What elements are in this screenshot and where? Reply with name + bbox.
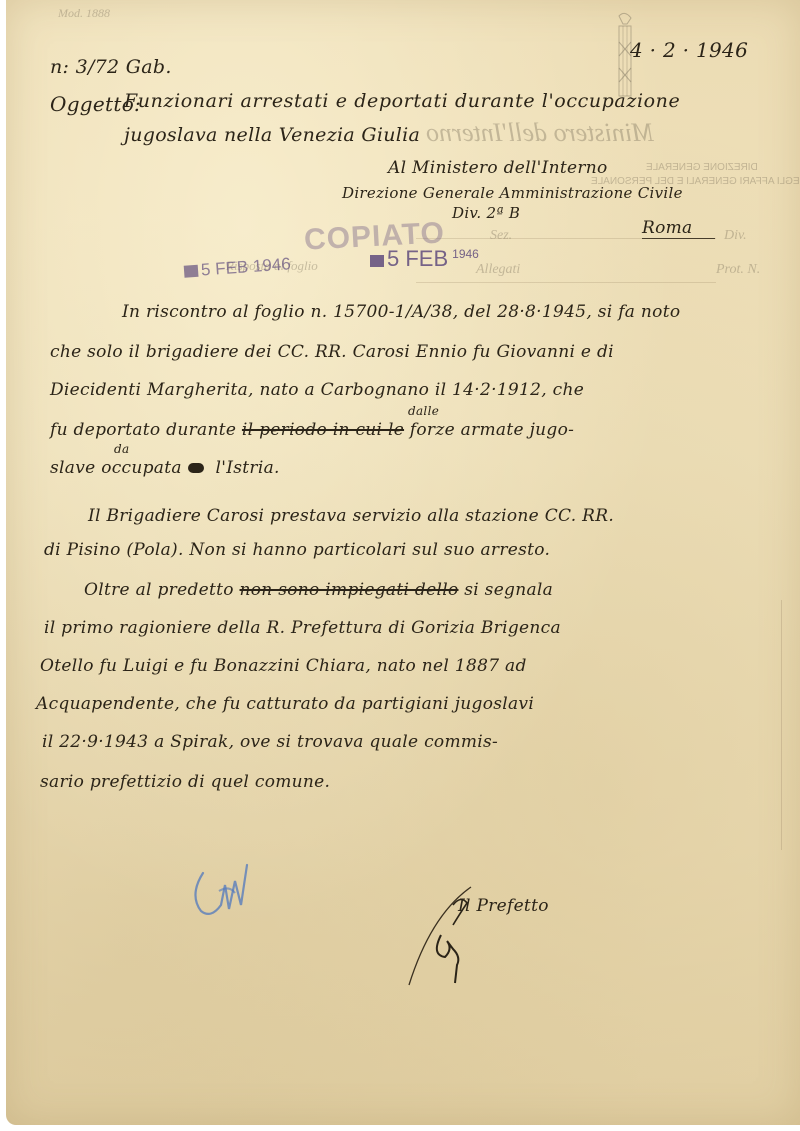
form-label-div: Div. [724, 228, 747, 244]
form-label-prot: Prot. N. [716, 262, 760, 278]
body-p1-line-3: Diecidenti Margherita, nato a Carbognano… [50, 380, 584, 400]
body-p3-line-4: Acquapendente, che fu catturato da parti… [36, 694, 534, 714]
body-p2-line-2: di Pisino (Pola). Non si hanno particola… [44, 540, 550, 560]
text-segment: fu deportato durante [50, 420, 236, 440]
body-p1-line-4: fu deportato durante il periodo in cui l… [50, 420, 574, 440]
body-p2-line-1: Il Brigadiere Carosi prestava servizio a… [88, 506, 614, 526]
stamp-date-text: 5 FEB 1946 [200, 254, 291, 279]
form-label-sez: Sez. [490, 228, 512, 244]
subject-line-2: jugoslava nella Venezia Giulia [124, 124, 420, 146]
prefect-signature-icon [401, 885, 511, 995]
text-segment: slave [50, 458, 95, 478]
form-rule [416, 238, 716, 239]
received-date-stamp-right: 5 FEB1946 [370, 246, 479, 272]
fold-mark [781, 600, 782, 850]
form-rule [416, 282, 716, 283]
text-segment: Oltre al predetto [84, 580, 234, 600]
printed-stamp-line-1: DIREZIONE GENERALE [646, 162, 758, 173]
text-segment: si segnala [464, 580, 553, 600]
inserted-word: dalle [408, 404, 439, 418]
body-p1-line-5: slave occupata l'Istria. [50, 458, 280, 478]
text-segment: occupata [101, 458, 182, 478]
form-code-mark: Mod. 1888 [58, 6, 110, 21]
text-segment: forze armate jugo- [410, 420, 574, 440]
received-date-stamp-left: 5 FEB 1946 [183, 254, 291, 281]
text-segment: l'Istria. [216, 458, 280, 478]
body-p3-line-2: il primo ragioniere della R. Prefettura … [44, 618, 561, 638]
stamp-date-text: 5 FEB [387, 246, 448, 271]
letter-date: 4 · 2 · 1946 [630, 38, 748, 62]
stamp-bar-icon [370, 255, 384, 267]
body-p3-line-6: sario prefettizio di quel comune. [40, 772, 330, 792]
ink-blot [188, 463, 204, 473]
struck-text: il periodo in cui le [242, 420, 404, 440]
recipient-line-3: Div. 2ª B [452, 204, 520, 222]
recipient-line-2: Direzione Generale Amministrazione Civil… [342, 184, 683, 202]
body-p3-line-3: Otello fu Luigi e fu Bonazzini Chiara, n… [40, 656, 527, 676]
protocol-number: n: 3/72 Gab. [50, 56, 172, 78]
body-p1-line-2: che solo il brigadiere dei CC. RR. Caros… [50, 342, 614, 362]
stamp-bar-icon [184, 265, 199, 278]
inserted-word: da [114, 442, 129, 456]
body-p3-line-5: il 22·9·1943 a Spirak, ove si trovava qu… [42, 732, 498, 752]
form-label-allegati: Allegati [476, 262, 520, 278]
blue-initials-icon [191, 845, 271, 925]
struck-text: non sono impiegati dello [240, 580, 459, 600]
subject-line-1: Funzionari arrestati e deportati durante… [124, 90, 680, 112]
recipient-line-1: Al Ministero dell'Interno [388, 158, 608, 178]
stamp-year-text: 1946 [452, 247, 479, 261]
body-p1-line-1: In riscontro al foglio n. 15700-1/A/38, … [122, 302, 680, 322]
recipient-city: Roma [642, 218, 715, 239]
letterhead-showthrough: Ministero dell'Interno [426, 118, 654, 148]
document-page: Mod. 1888 n: 3/72 Gab. 4 · 2 · 1946 Ogge… [6, 0, 800, 1125]
body-p3-line-1: Oltre al predetto non sono impiegati del… [84, 580, 553, 600]
